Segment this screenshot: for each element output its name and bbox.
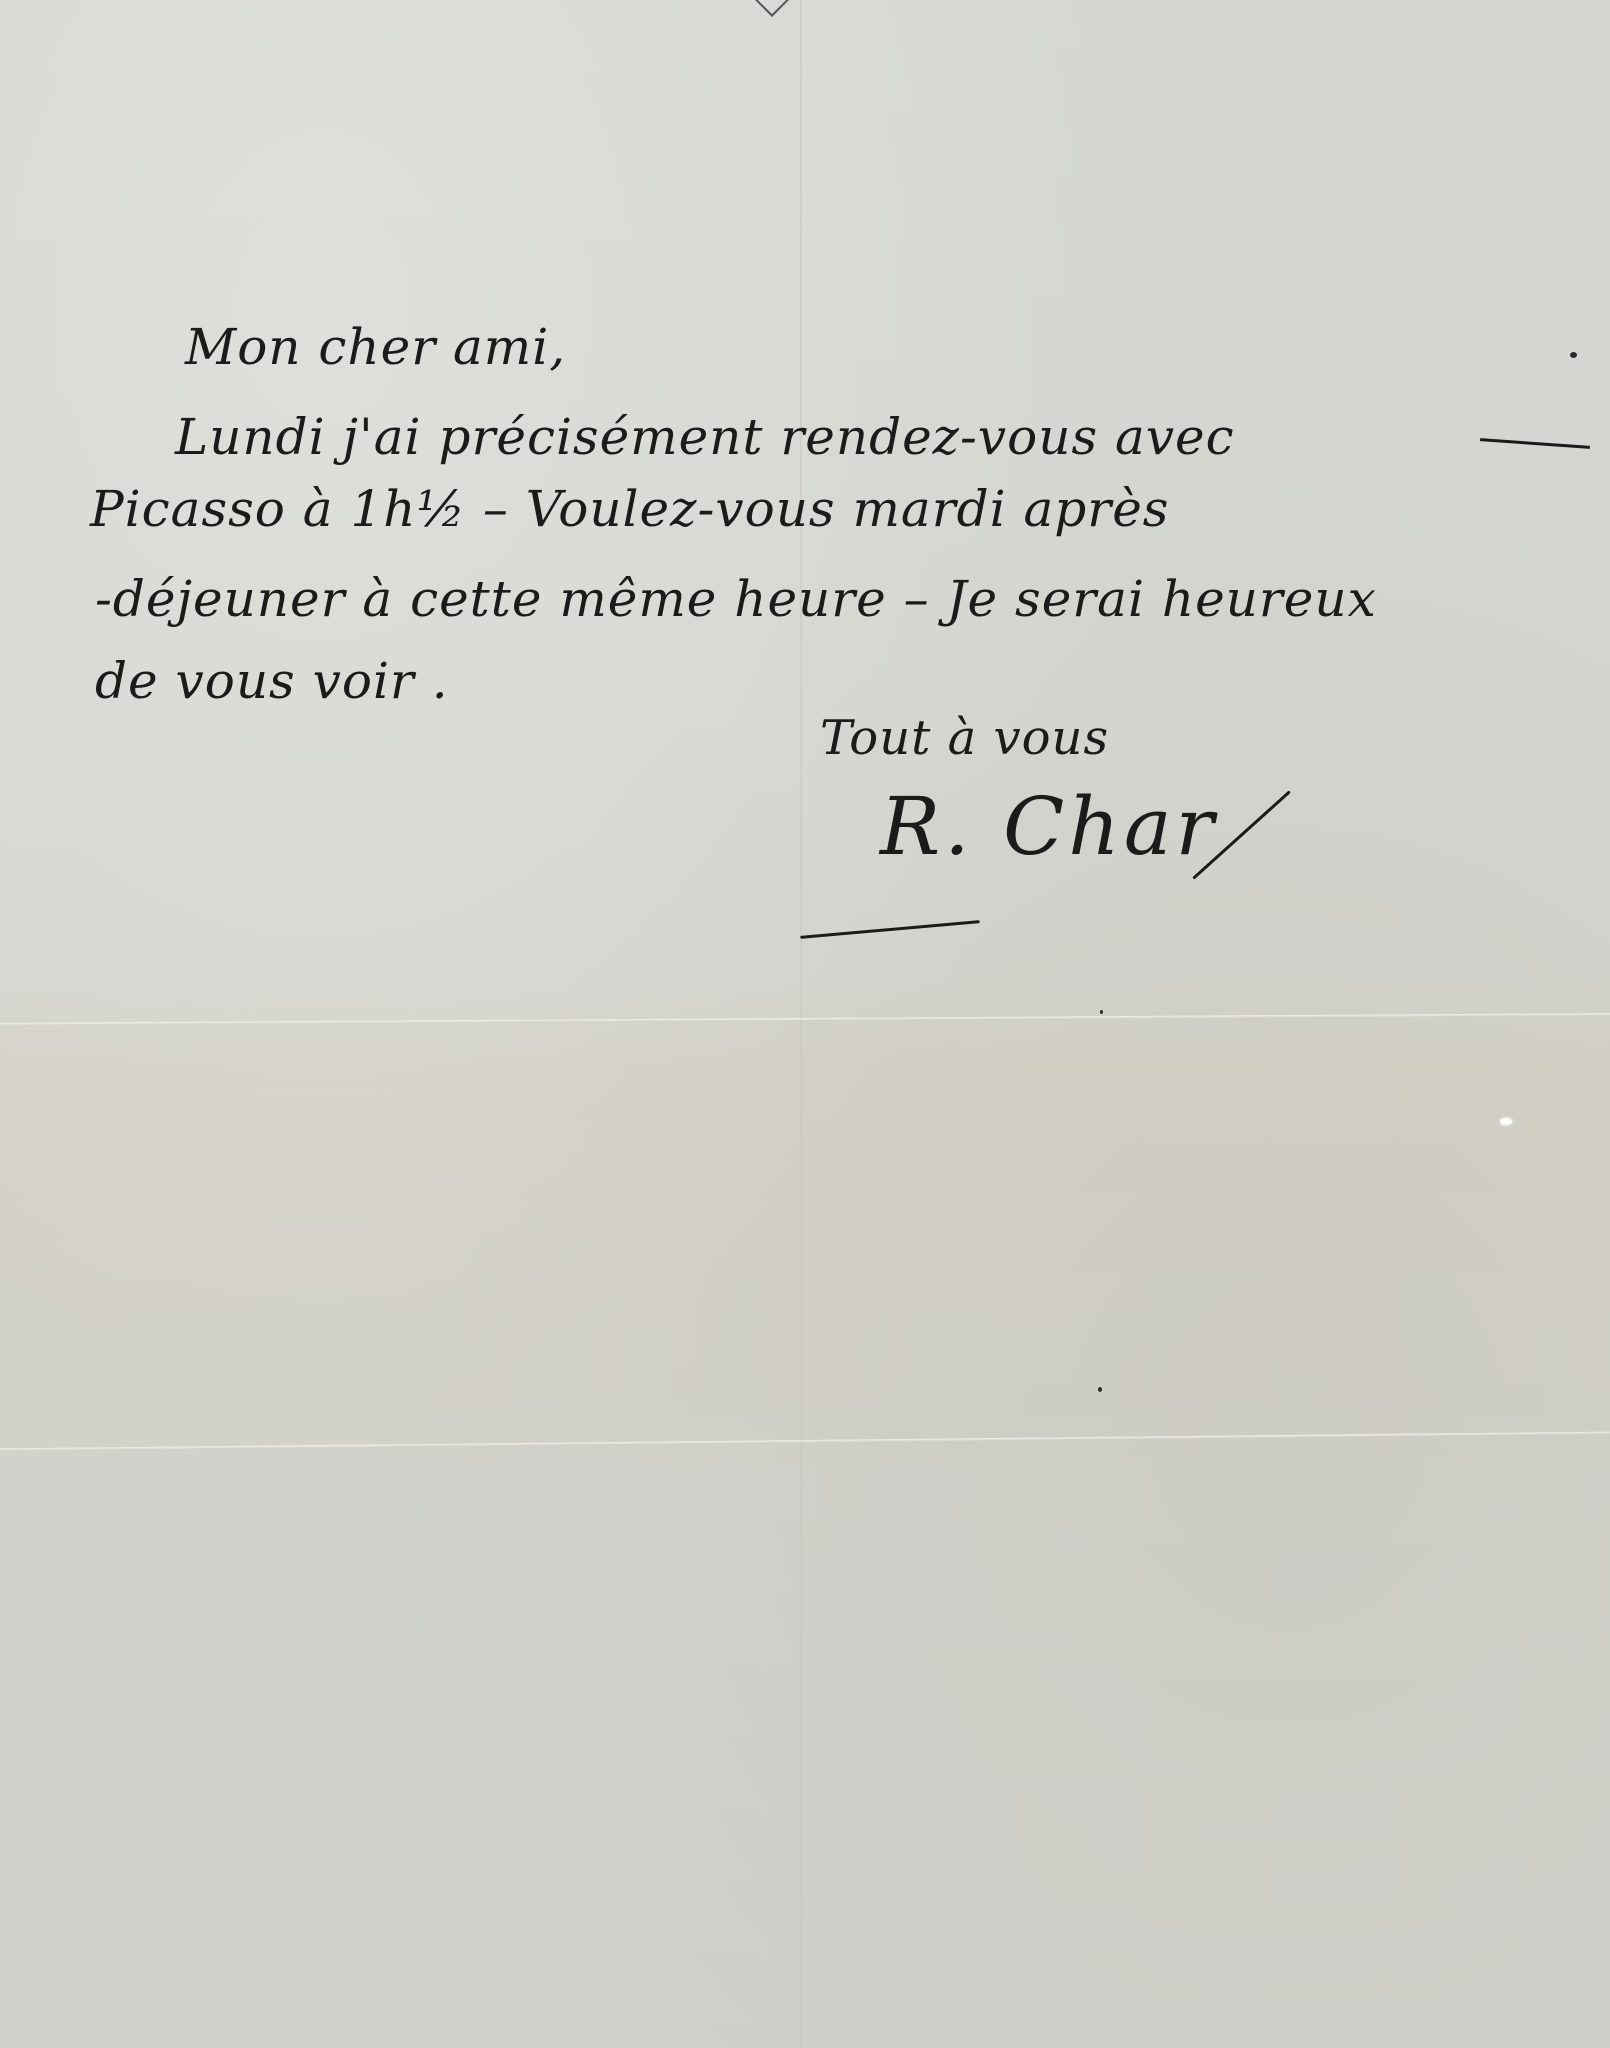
body-line-3: -déjeuner à cette même heure – Je serai … [95, 570, 1377, 628]
body-line-1: Lundi j'ai précisément rendez-vous avec [175, 408, 1235, 466]
ink-speck [1570, 352, 1577, 358]
paper-glare [1500, 1118, 1512, 1125]
body-line-4: de vous voir . [95, 652, 449, 710]
body-line-2: Picasso à 1h½ – Voulez-vous mardi après [90, 480, 1169, 538]
paper-clip-mark-icon [755, 0, 789, 17]
upper-fold-crease [0, 1013, 1610, 1026]
ink-speck [1100, 1010, 1103, 1014]
letter-paper: Mon cher ami, Lundi j'ai précisément ren… [0, 0, 1610, 2048]
salutation: Mon cher ami, [185, 318, 566, 376]
closing: Tout à vous [820, 710, 1109, 766]
vertical-fold-crease [800, 0, 802, 2048]
lower-fold-crease [0, 1432, 1610, 1452]
pen-stroke-tail [1480, 438, 1590, 449]
signature-underline [800, 920, 980, 939]
signature: R. Char [880, 780, 1218, 873]
ink-speck [1098, 1387, 1102, 1392]
